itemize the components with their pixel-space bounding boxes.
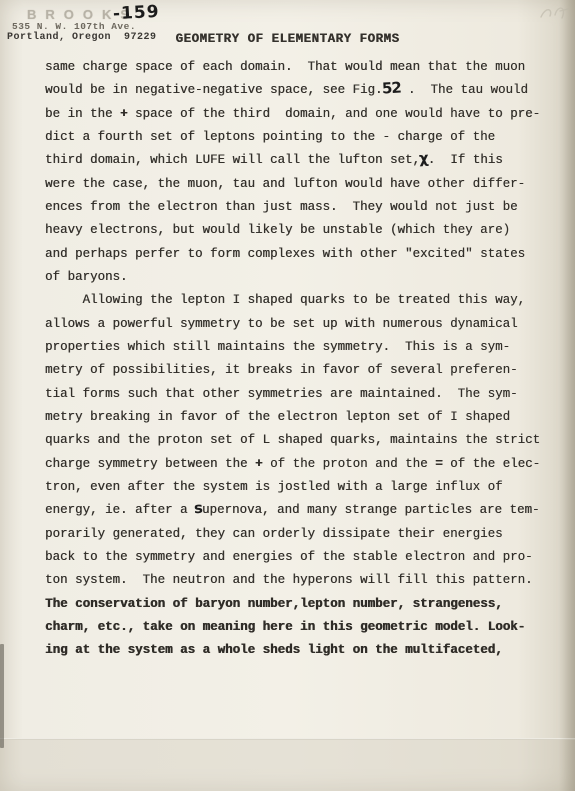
text-line: be in the + space of the third domain, a… [45, 103, 555, 126]
text-line: and perhaps perfer to form complexes wit… [45, 243, 555, 266]
typewritten-segment: quarks and the proton set of L shaped qu… [45, 433, 540, 447]
typewritten-segment: space of the third domain, and one would… [128, 107, 541, 121]
typewritten-segment: metry of possibilities, it breaks in fav… [45, 363, 518, 377]
text-line: porarily generated, they can orderly dis… [45, 523, 555, 546]
text-line: tron, even after the system is jostled w… [45, 476, 555, 499]
typewritten-segment: be in the [45, 107, 120, 121]
typewritten-segment: of baryons. [45, 270, 128, 284]
text-line: would be in negative-negative space, see… [45, 79, 555, 102]
typewritten-segment: ing at the system as a whole sheds light… [45, 643, 503, 657]
typewritten-segment: tron, even after the system is jostled w… [45, 480, 503, 494]
typewritten-segment: same charge space of each domain. That w… [45, 60, 525, 74]
typewritten-segment: charge symmetry between the [45, 457, 255, 471]
text-line: were the case, the muon, tau and lufton … [45, 173, 555, 196]
typewritten-segment: + [255, 457, 263, 471]
text-line: dict a fourth set of leptons pointing to… [45, 126, 555, 149]
handwritten-insert: s [194, 501, 203, 516]
typewritten-segment: energy, ie. after a [45, 503, 195, 517]
paper-bottom-shading [0, 740, 575, 791]
typewritten-segment: would be in negative-negative space, see… [45, 83, 383, 97]
text-line: energy, ie. after a supernova, and many … [45, 499, 555, 522]
text-line: properties which still maintains the sym… [45, 336, 555, 359]
text-line: charge symmetry between the + of the pro… [45, 453, 555, 476]
typewritten-segment: third domain, which LUFE will call the l… [45, 153, 420, 167]
text-line: heavy electrons, but would likely be uns… [45, 219, 555, 242]
typewritten-segment: ences from the electron than just mass. … [45, 200, 518, 214]
typewritten-segment: properties which still maintains the sym… [45, 340, 510, 354]
typewritten-segment: charm, etc., take on meaning here in thi… [45, 620, 525, 634]
text-line: third domain, which LUFE will call the l… [45, 149, 555, 172]
text-line: metry of possibilities, it breaks in fav… [45, 359, 555, 382]
typewritten-segment: upernova, and many strange particles are… [202, 503, 540, 517]
text-line: ing at the system as a whole sheds light… [45, 639, 555, 662]
body-text: same charge space of each domain. That w… [45, 56, 555, 663]
text-line: ton system. The neutron and the hyperons… [45, 569, 555, 592]
typewritten-segment: . If this [428, 153, 503, 167]
scanned-document-page: BROOKS -159 535 N. W. 107th Ave. Portlan… [0, 0, 575, 791]
typewritten-segment: heavy electrons, but would likely be uns… [45, 223, 510, 237]
text-line: of baryons. [45, 266, 555, 289]
typewritten-segment: Allowing the lepton I shaped quarks to b… [45, 293, 525, 307]
text-line: metry breaking in favor of the electron … [45, 406, 555, 429]
text-line: quarks and the proton set of L shaped qu… [45, 429, 555, 452]
typewritten-segment: of the elec- [443, 457, 541, 471]
typewritten-segment: back to the symmetry and energies of the… [45, 550, 533, 564]
typewritten-segment: + [120, 107, 128, 121]
typewritten-segment: allows a powerful symmetry to be set up … [45, 317, 518, 331]
letterhead-address-line1: 535 N. W. 107th Ave. [12, 21, 136, 32]
page-title: GEOMETRY OF ELEMENTARY FORMS [0, 32, 575, 46]
text-line: tial forms such that other symmetries ar… [45, 383, 555, 406]
text-line: ences from the electron than just mass. … [45, 196, 555, 219]
text-line: back to the symmetry and energies of the… [45, 546, 555, 569]
handwritten-insert: χ [419, 151, 428, 166]
typewritten-segment: tial forms such that other symmetries ar… [45, 387, 518, 401]
typewritten-segment: and perhaps perfer to form complexes wit… [45, 247, 525, 261]
handwritten-insert: 52 [381, 81, 401, 97]
typewritten-segment: were the case, the muon, tau and lufton … [45, 177, 525, 191]
typewritten-segment: . The tau would [400, 83, 528, 97]
typewritten-segment: porarily generated, they can orderly dis… [45, 527, 503, 541]
text-line: allows a powerful symmetry to be set up … [45, 313, 555, 336]
typewritten-segment: of the proton and the [263, 457, 436, 471]
typewritten-segment: dict a fourth set of leptons pointing to… [45, 130, 495, 144]
text-line: Allowing the lepton I shaped quarks to b… [45, 289, 555, 312]
typewritten-segment: metry breaking in favor of the electron … [45, 410, 510, 424]
text-line: same charge space of each domain. That w… [45, 56, 555, 79]
typewritten-segment: The conservation of baryon number,lepton… [45, 597, 503, 611]
scan-left-edge-shadow [0, 644, 4, 748]
text-line: charm, etc., take on meaning here in thi… [45, 616, 555, 639]
typewritten-segment: ton system. The neutron and the hyperons… [45, 573, 533, 587]
typewritten-segment: = [435, 457, 443, 471]
text-line: The conservation of baryon number,lepton… [45, 593, 555, 616]
scan-right-edge-shadow [559, 0, 575, 791]
